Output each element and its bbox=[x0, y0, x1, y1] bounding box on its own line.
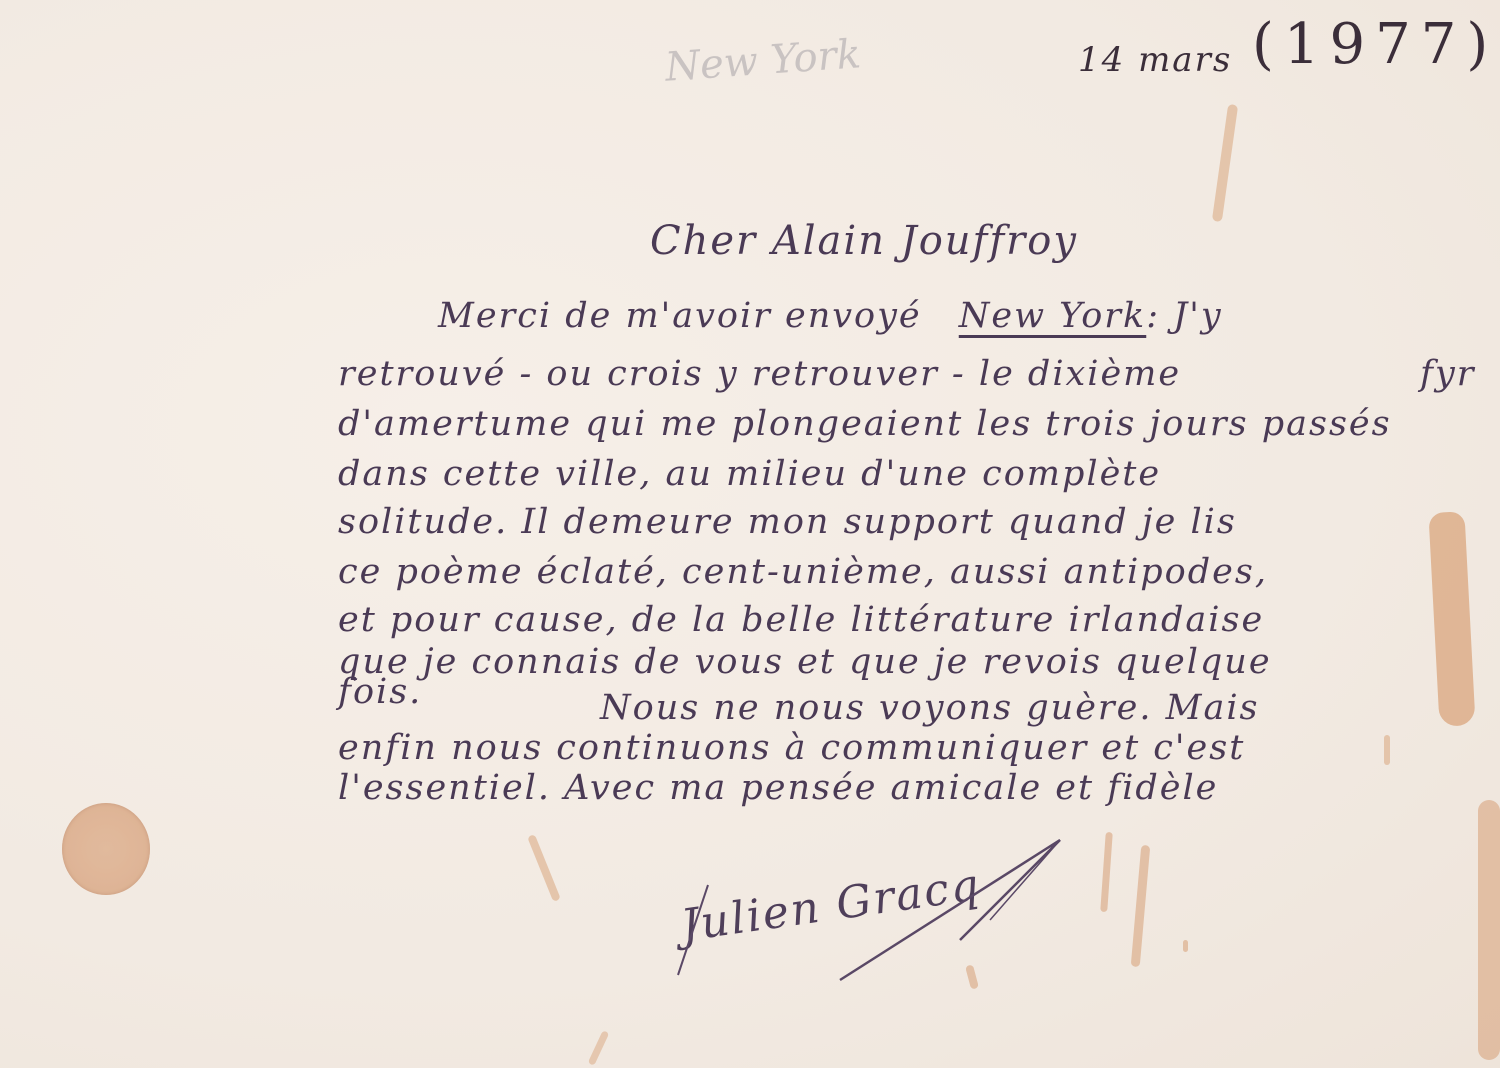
stain-drip-bottom-right bbox=[1478, 800, 1500, 1060]
stain-drip-4 bbox=[1183, 940, 1188, 952]
body-line-6: ce poème éclaté, cent-unième, aussi anti… bbox=[338, 552, 1268, 592]
body-line-7: et pour cause, de la belle littérature i… bbox=[338, 600, 1264, 640]
signature-flourish bbox=[830, 830, 1130, 990]
letter-date: 14 mars bbox=[1078, 40, 1232, 80]
greeting: Cher Alain Jouffroy bbox=[650, 218, 1078, 264]
body-line-1: Merci de m'avoir envoyé New York: J'y bbox=[438, 296, 1223, 336]
after-title: : J'y bbox=[1146, 296, 1222, 336]
body-line-1-text: Merci de m'avoir envoyé bbox=[438, 296, 922, 336]
body-line-3: d'amertume qui me plongeaient les trois … bbox=[338, 404, 1392, 444]
body-p2-line-3: l'essentiel. Avec ma pensée amicale et f… bbox=[338, 768, 1218, 808]
signature-initial-stroke bbox=[668, 880, 728, 980]
body-line-2-trailing: fyr bbox=[1420, 354, 1475, 394]
coffee-stain-round bbox=[62, 803, 150, 895]
letter-year: (1977) bbox=[1252, 12, 1498, 77]
body-p2-line-2: enfin nous continuons à communiquer et c… bbox=[338, 728, 1245, 768]
body-line-8: que je connais de vous et que je revois … bbox=[338, 642, 1272, 682]
body-line-5: solitude. Il demeure mon support quand j… bbox=[338, 502, 1237, 542]
body-line-4: dans cette ville, au milieu d'une complè… bbox=[338, 454, 1161, 494]
body-line-2: retrouvé - ou crois y retrouver - le dix… bbox=[338, 354, 1181, 394]
body-line-9: fois. bbox=[338, 672, 422, 712]
body-p2-line-1: Nous ne nous voyons guère. Mais bbox=[600, 688, 1259, 728]
stain-drip-7 bbox=[1384, 735, 1390, 765]
underlined-title: New York bbox=[959, 296, 1147, 336]
